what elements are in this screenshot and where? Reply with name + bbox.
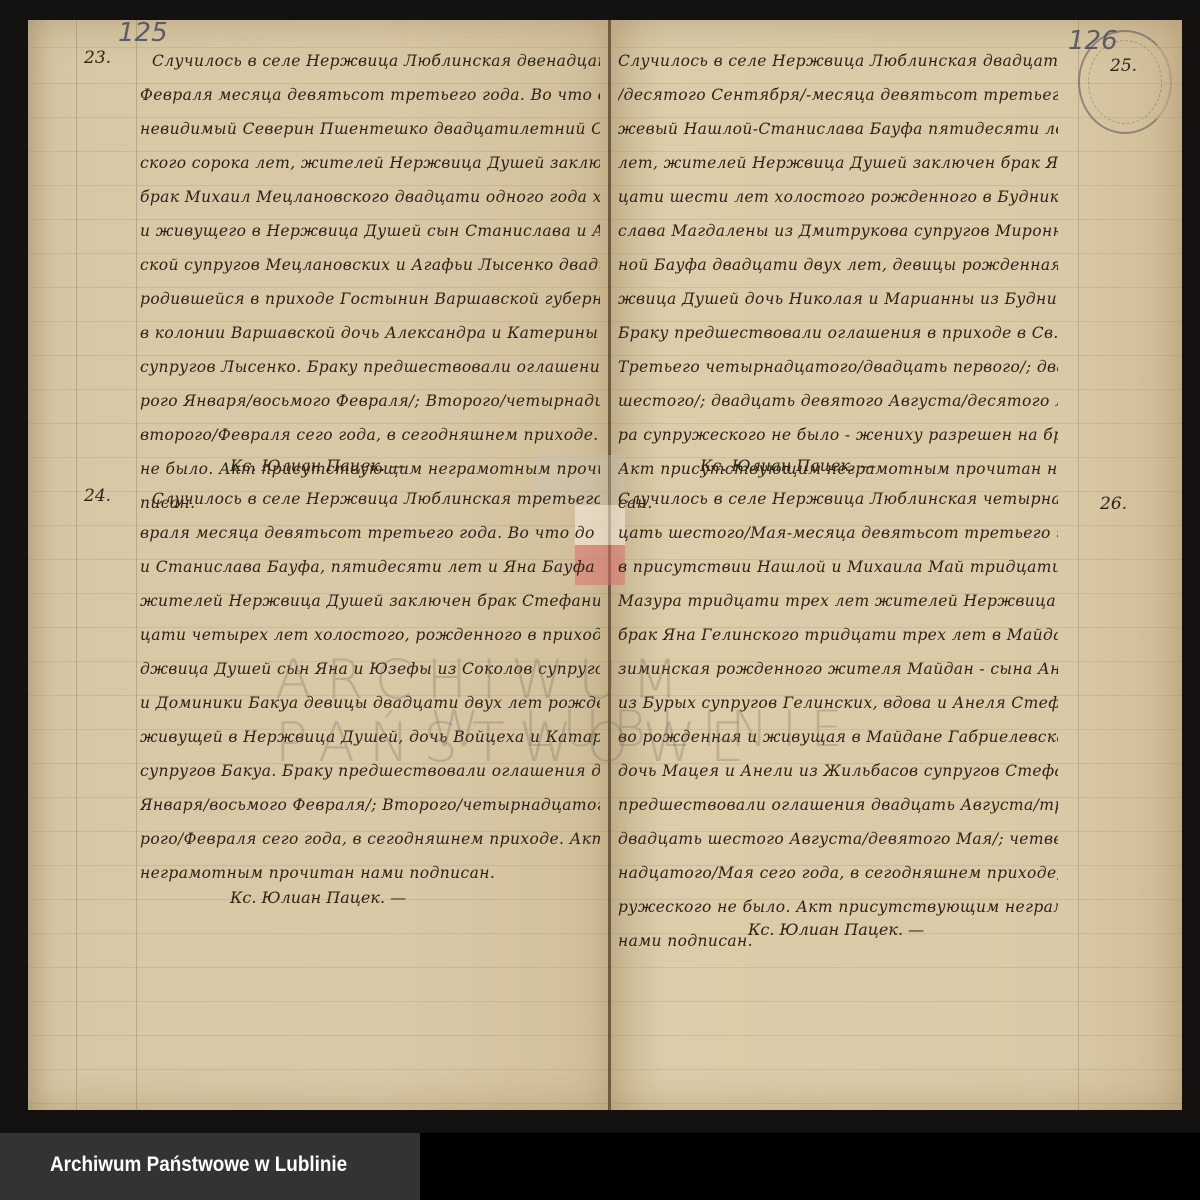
- text-line: неграмотным прочитан нами подписан.: [140, 856, 600, 890]
- text-line: ра супружеского не было - жениху разреше…: [618, 418, 1058, 452]
- archive-name-label: Archiwum Państwowe w Lublinie: [50, 1153, 347, 1177]
- text-line: супругов Лысенко. Браку предшествовали о…: [140, 350, 600, 384]
- text-line: и живущего в Нержвица Душей сын Станисла…: [140, 214, 600, 248]
- stamp-inner-ring: [1088, 40, 1162, 124]
- text-line: Мазура тридцати трех лет жителей Нержвиц…: [618, 584, 1058, 618]
- entry-number-23: 23.: [84, 48, 111, 68]
- footer-bar: Archiwum Państwowe w Lublinie: [0, 1133, 420, 1200]
- text-line: Случилось в селе Нержвица Люблинская чет…: [618, 482, 1058, 516]
- text-line: Января/восьмого Февраля/; Второго/четырн…: [140, 788, 600, 822]
- text-line: двадцать шестого Августа/девятого Мая/; …: [618, 822, 1058, 856]
- text-line: жителей Нержвица Душей заключен брак Сте…: [140, 584, 600, 618]
- text-line: рого Января/восьмого Февраля/; Второго/ч…: [140, 384, 600, 418]
- signature-entry-26: Кс. Юлиан Пацек. —: [748, 920, 924, 939]
- text-line: и Станислава Бауфа, пятидесяти лет и Яна…: [140, 550, 600, 584]
- margin-line: [76, 20, 77, 1110]
- text-line: цати четырех лет холостого, рожденного в…: [140, 618, 600, 652]
- text-line: ского сорока лет, жителей Нержвица Душей…: [140, 146, 600, 180]
- text-line: в присутствии Нашлой и Михаила Май тридц…: [618, 550, 1058, 584]
- text-line: ной Бауфа двадцати двух лет, девицы рожд…: [618, 248, 1058, 282]
- text-line: второго/Февраля сего года, в сегодняшнем…: [140, 418, 600, 452]
- entry-number-26: 26.: [1100, 494, 1127, 514]
- signature-entry-23: Кс. Юлиан Пацек. —: [230, 456, 406, 475]
- text-line: предшествовали оглашения двадцать Август…: [618, 788, 1058, 822]
- text-line: Третьего четырнадцатого/двадцать первого…: [618, 350, 1058, 384]
- margin-line: [1078, 20, 1079, 1110]
- text-line: ружеского не было. Акт присутствующим не…: [618, 890, 1058, 924]
- text-line: жвица Душей дочь Николая и Марианны из Б…: [618, 282, 1058, 316]
- watermark-line-2: W LUBLINIE: [430, 700, 856, 758]
- text-line: Случилось в селе Нержвица Люблинская две…: [140, 44, 600, 78]
- footer-blank-area: [420, 1133, 1200, 1200]
- entry-number-24: 24.: [84, 486, 111, 506]
- signature-entry-24: Кс. Юлиан Пацек. —: [230, 888, 406, 907]
- margin-line: [136, 20, 137, 1110]
- text-line: цать шестого/Мая-месяца девятьсот третье…: [618, 516, 1058, 550]
- text-line: лет, жителей Нержвица Душей заключен бра…: [618, 146, 1058, 180]
- text-line: в колонии Варшавской дочь Александра и К…: [140, 316, 600, 350]
- text-line: шестого/; двадцать девятого Августа/деся…: [618, 384, 1058, 418]
- text-line: брак Яна Гелинского тридцати трех лет в …: [618, 618, 1058, 652]
- text-line: рого/Февраля сего года, в сегодняшнем пр…: [140, 822, 600, 856]
- text-line: цати шести лет холостого рожденного в Бу…: [618, 180, 1058, 214]
- entry-number-25: 25.: [1110, 56, 1137, 76]
- text-line: жевый Нашлой-Станислава Бауфа пятидесяти…: [618, 112, 1058, 146]
- text-line: враля месяца девятьсот третьего года. Во…: [140, 516, 600, 550]
- text-line: надцатого/Мая сего года, в сегодняшнем п…: [618, 856, 1058, 890]
- text-line: брак Михаил Мецлановского двадцати одног…: [140, 180, 600, 214]
- text-line: Случилось в селе Нержвица Люблинская тре…: [140, 482, 600, 516]
- entry-text-23: Случилось в селе Нержвица Люблинская две…: [140, 44, 600, 520]
- text-line: Случилось в селе Нержвица Люблинская два…: [618, 44, 1058, 78]
- text-line: слава Магдалены из Дмитрукова супругов М…: [618, 214, 1058, 248]
- text-line: /десятого Сентября/-месяца девятьсот тре…: [618, 78, 1058, 112]
- archive-stamp: [1078, 30, 1172, 134]
- text-line: родившейся в приходе Гостынин Варшавской…: [140, 282, 600, 316]
- entry-text-25: Случилось в селе Нержвица Люблинская два…: [618, 44, 1058, 520]
- text-line: ской супругов Мецлановских и Агафьи Лысе…: [140, 248, 600, 282]
- text-line: невидимый Северин Пшентешко двадцатилетн…: [140, 112, 600, 146]
- text-line: Браку предшествовали оглашения в приходе…: [618, 316, 1058, 350]
- text-line: Февраля месяца девятьсот третьего года. …: [140, 78, 600, 112]
- signature-entry-25: Кс. Юлиан Пацек. —: [700, 456, 876, 475]
